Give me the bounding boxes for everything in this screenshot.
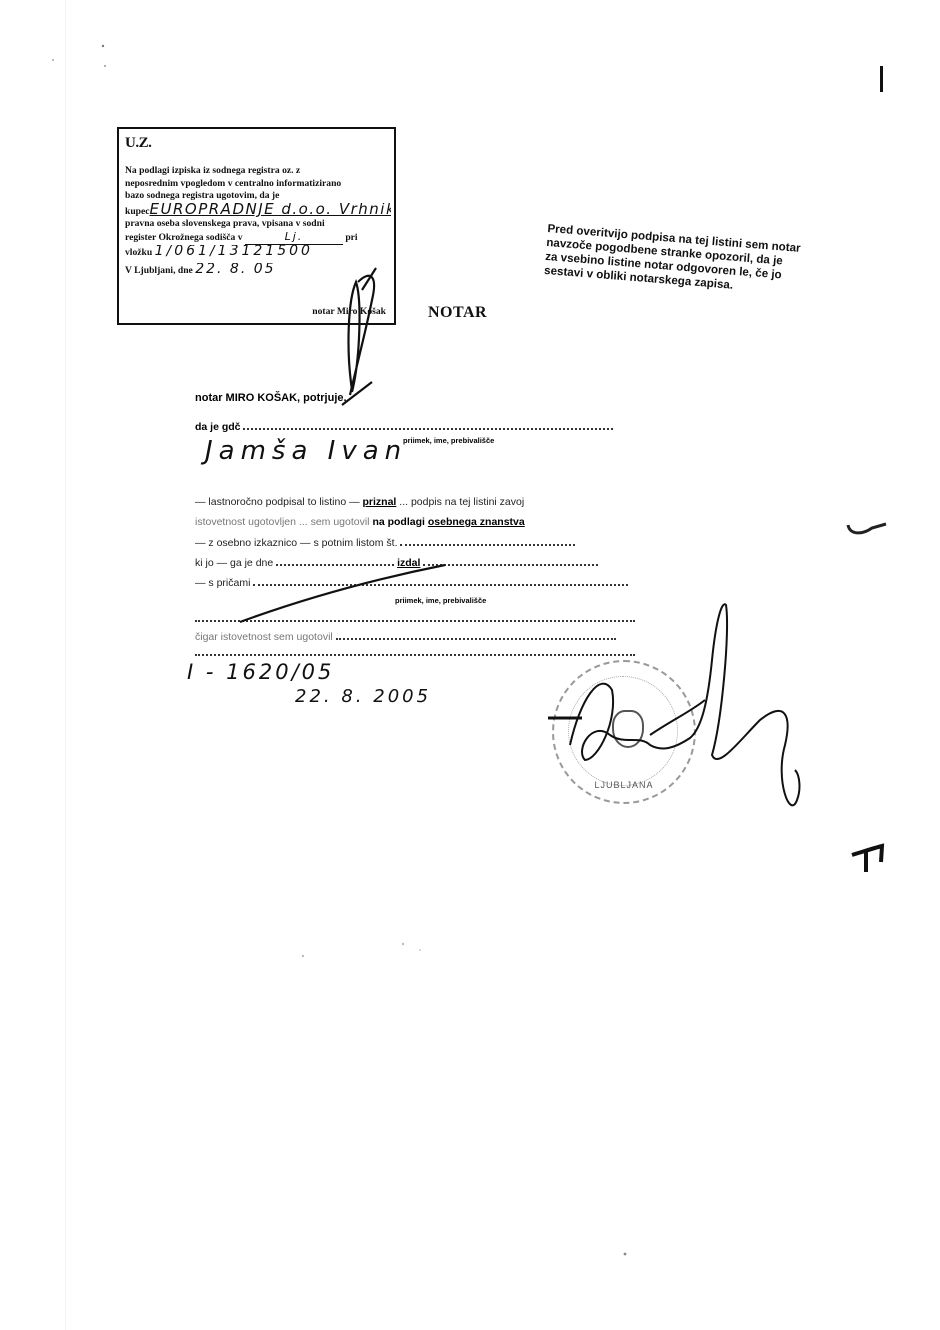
uz-register-label: register Okrožnega sodišča v [125, 232, 243, 243]
seal-city-text: LJUBLJANA [554, 780, 694, 790]
uz-file-label: vložku [125, 247, 152, 258]
uz-notary-name: notar Miro Košak [312, 306, 386, 317]
cert-da-je-label: da je gdč [195, 421, 241, 433]
notary-warning-paragraph: Pred overitvijo podpisa na tej listini s… [544, 222, 847, 301]
dotted-line [243, 420, 613, 430]
uz-buyer-line: kupecEUROPRADNJE d.o.o. Vrhnika [125, 203, 391, 219]
cert-date-handwritten: 22. 8. 2005 [295, 686, 431, 707]
cert-intro: notar MIRO KOŠAK, potrjuje, [195, 392, 347, 404]
uz-place-date-label: V Ljubljani, dne [125, 265, 193, 276]
cert-da-je-row: da je gdč [195, 420, 613, 433]
cert-row-signed: — lastnoročno podpisal to listino — priz… [195, 496, 524, 508]
uz-file-number-handwritten: 1/061/13121500 [155, 245, 313, 259]
uz-stamp-box: U.Z. Na podlagi izpiska iz sodnega regis… [117, 127, 396, 325]
uz-register-suffix: pri [345, 232, 357, 243]
uz-stamp-title: U.Z. [125, 135, 151, 152]
scan-margin-line [65, 0, 66, 1330]
seal-emblem-icon [612, 710, 644, 748]
uz-line-3: bazo sodnega registra ugotovim, da je [125, 190, 391, 203]
notary-seal: LJUBLJANA [552, 660, 696, 804]
ink-blot-icon [848, 524, 886, 533]
scanned-document-page: U.Z. Na podlagi izpiska iz sodnega regis… [0, 0, 940, 1330]
cert-row-identity: istovetnost ugotovljen ... sem ugotovil … [195, 516, 525, 528]
uz-register-court-handwritten: Lj. [245, 231, 343, 245]
cert-row-identity-confirmed: čigar istovetnost sem ugotovil [195, 630, 616, 643]
dotted-line [195, 612, 635, 625]
uz-line-2: neposrednim vpogledom v centralno inform… [125, 178, 391, 191]
cert-row-issued: ki jo — ga je dne izdal [195, 556, 598, 569]
dotted-line [195, 646, 635, 659]
uz-register-line: register Okrožnega sodišča v Lj. pri [125, 231, 391, 245]
uz-stamp-text: Na podlagi izpiska iz sodnega registra o… [125, 165, 391, 278]
cert-person-handwritten: Jamša Ivan [205, 436, 407, 466]
cert-row-id-card: — z osebno izkaznico — s potnim listom š… [195, 536, 575, 549]
uz-line-1: Na podlagi izpiska iz sodnega registra o… [125, 165, 391, 178]
uz-legal-line: pravna oseba slovenskega prava, vpisana … [125, 218, 391, 231]
ink-blot-icon [852, 846, 882, 872]
uz-buyer-handwritten: EUROPRADNJE d.o.o. Vrhnika [150, 203, 391, 218]
page-number-mark [880, 66, 883, 92]
notar-heading: NOTAR [428, 304, 487, 322]
cert-caption-witness: priimek, ime, prebivališče [395, 596, 486, 605]
uz-date-line: V Ljubljani, dne 22. 8. 05 [125, 263, 391, 278]
uz-buyer-label: kupec [125, 206, 150, 217]
cert-row-witnesses: — s pričami [195, 576, 628, 589]
cert-caption-name: priimek, ime, prebivališče [403, 436, 494, 445]
uz-file-line: vložku 1/061/13121500 [125, 245, 391, 260]
cert-reg-number-handwritten: I - 1620/05 [187, 660, 334, 684]
uz-date-handwritten: 22. 8. 05 [195, 263, 275, 277]
